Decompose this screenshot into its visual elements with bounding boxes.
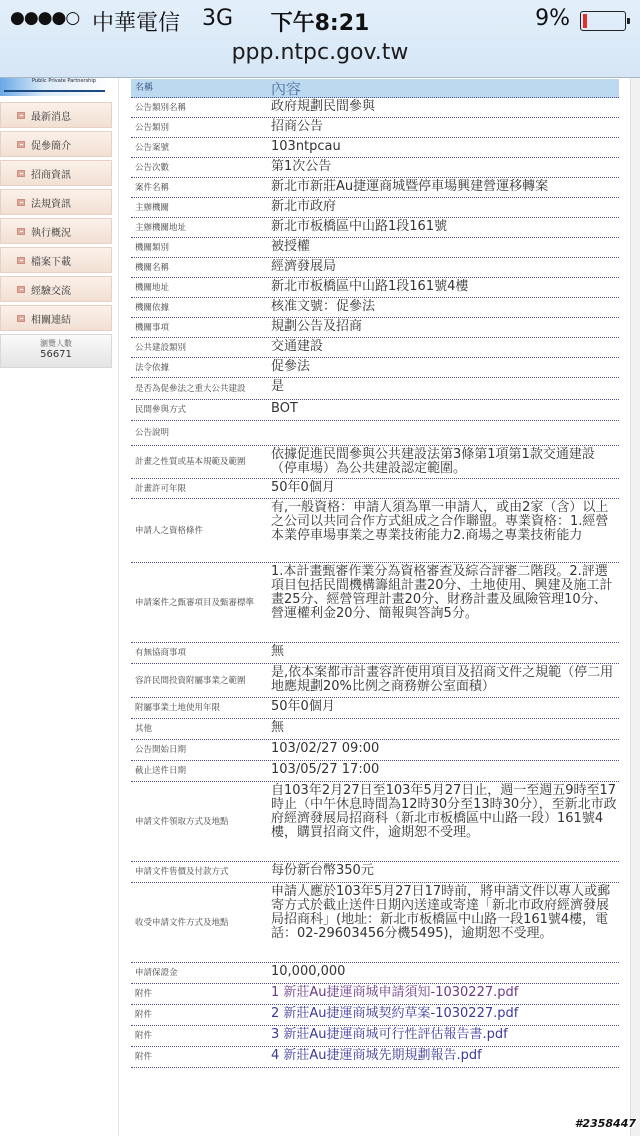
announcement-detail-table: 名稱 內容 公告類別名稱政府規劃民間參與公告類別招商公告公告案號103ntpca… <box>131 79 619 1068</box>
row-label: 公告類別名稱 <box>131 98 271 117</box>
sidebar-nav: 最新消息 促參簡介 招商資訊 法規資訊 執行概況 檔案下載 經驗交流 相關連結 … <box>0 102 112 368</box>
table-row: 公告說明 <box>131 421 619 446</box>
row-label: 附件 <box>131 1005 271 1025</box>
table-row: 公告開始日期103/02/27 09:00 <box>131 740 619 761</box>
table-row: 截止送件日期103/05/27 17:00 <box>131 761 619 782</box>
table-row: 公告次數第1次公告 <box>131 158 619 178</box>
row-label: 申請人之資格條件 <box>131 499 271 562</box>
bullet-icon <box>17 199 25 206</box>
bullet-icon <box>17 228 25 235</box>
row-value: 10,000,000 <box>271 963 619 983</box>
sidebar-item-label: 最新消息 <box>31 108 71 123</box>
row-value: 新北市政府 <box>271 198 619 217</box>
row-label: 案件名稱 <box>131 178 271 197</box>
row-label: 截止送件日期 <box>131 761 271 781</box>
row-value <box>271 421 619 445</box>
sidebar-item-downloads[interactable]: 檔案下載 <box>0 247 112 273</box>
watermark: #2358447 <box>575 1117 636 1130</box>
bullet-icon <box>17 257 25 264</box>
sidebar-item-label: 招商資訊 <box>31 166 71 181</box>
status-bar: ●●●●○ 中華電信 3G 下午8:21 9% <box>10 6 630 36</box>
row-label: 容許民間投資附屬事業之範圍 <box>131 664 271 697</box>
row-value: 招商公告 <box>271 118 619 137</box>
table-row: 主辦機關地址新北市板橋區中山路1段161號 <box>131 218 619 238</box>
row-value: 50年0個月 <box>271 479 619 498</box>
header-name: 名稱 <box>131 83 271 93</box>
bullet-icon <box>17 286 25 293</box>
row-label: 附件 <box>131 984 271 1004</box>
row-value: 第1次公告 <box>271 158 619 177</box>
row-value: 是,依本案都市計畫容許使用項目及招商文件之規範（停二用地應規劃20%比例之商務辦… <box>271 664 619 697</box>
row-label: 計畫許可年限 <box>131 479 271 498</box>
row-value: 無 <box>271 719 619 739</box>
sidebar-item-latest-news[interactable]: 最新消息 <box>0 102 112 128</box>
row-value: 103/05/27 17:00 <box>271 761 619 781</box>
table-row: 申請保證金10,000,000 <box>131 963 619 984</box>
row-label: 機關名稱 <box>131 258 271 277</box>
visitor-counter: 瀏覽人數 56671 <box>0 334 112 368</box>
attachment-row: 附件2 新莊Au捷運商城契約草案-1030227.pdf <box>131 1005 619 1026</box>
row-label: 有無協商事項 <box>131 643 271 663</box>
table-row: 申請文件售價及付款方式每份新台幣350元 <box>131 862 619 883</box>
header-content: 內容 <box>271 80 619 97</box>
table-row: 是否為促參法之重大公共建設是 <box>131 378 619 400</box>
table-row: 計畫之性質或基本規範及範圍依據促進民間參與公共建設法第3條第1項第1款交通建設（… <box>131 446 619 479</box>
table-row: 案件名稱新北市新莊Au捷運商城暨停車場興建營運移轉案 <box>131 178 619 198</box>
row-value: 是 <box>271 378 619 399</box>
bullet-icon <box>17 315 25 322</box>
table-row: 公共建設類別交通建設 <box>131 338 619 358</box>
row-value: 有,一般資格：申請人須為單一申請人，或由2家（含）以上之公司以共同合作方式組成之… <box>271 499 619 562</box>
row-label: 主辦機關地址 <box>131 218 271 237</box>
logo-text: Public Private Partnership <box>32 79 96 84</box>
row-label: 其他 <box>131 719 271 739</box>
row-value: 規劃公告及招商 <box>271 318 619 337</box>
table-row: 申請案件之甄審項目及甄審標準1.本計畫甄審作業分為資格審查及綜合評審二階段。2.… <box>131 563 619 643</box>
sidebar-item-ppp-intro[interactable]: 促參簡介 <box>0 131 112 157</box>
sidebar-item-experience-exchange[interactable]: 經驗交流 <box>0 276 112 302</box>
table-row: 其他無 <box>131 719 619 740</box>
row-label: 申請案件之甄審項目及甄審標準 <box>131 563 271 642</box>
row-value: 核准文號：促參法 <box>271 298 619 317</box>
row-value: BOT <box>271 400 619 420</box>
row-label: 主辦機關 <box>131 198 271 217</box>
address-bar[interactable]: ppp.ntpc.gov.tw <box>0 40 640 65</box>
row-label: 公告案號 <box>131 138 271 157</box>
row-value: 促參法 <box>271 358 619 377</box>
row-label: 公告類別 <box>131 118 271 137</box>
row-label: 公告開始日期 <box>131 740 271 760</box>
table-row: 法令依據促參法 <box>131 358 619 378</box>
row-label: 機關依據 <box>131 298 271 317</box>
table-row: 公告類別名稱政府規劃民間參與 <box>131 98 619 118</box>
row-label: 法令依據 <box>131 358 271 377</box>
table-row: 機關類別被授權 <box>131 238 619 258</box>
table-row: 計畫許可年限50年0個月 <box>131 479 619 499</box>
row-label: 申請文件售價及付款方式 <box>131 862 271 882</box>
row-value: 交通建設 <box>271 338 619 357</box>
sidebar-item-label: 法規資訊 <box>31 195 71 210</box>
battery-level <box>583 14 587 28</box>
table-row: 民間參與方式BOT <box>131 400 619 421</box>
attachment-row: 附件3 新莊Au捷運商城可行性評估報告書.pdf <box>131 1026 619 1047</box>
row-value: 經濟發展局 <box>271 258 619 277</box>
table-row: 公告類別招商公告 <box>131 118 619 138</box>
row-label: 申請文件領取方式及地點 <box>131 782 271 861</box>
table-row: 機關依據核准文號：促參法 <box>131 298 619 318</box>
row-label: 收受申請文件方式及地點 <box>131 883 271 962</box>
row-value: 無 <box>271 643 619 663</box>
row-value: 每份新台幣350元 <box>271 862 619 882</box>
table-row: 機關名稱經濟發展局 <box>131 258 619 278</box>
row-value: 新北市新莊Au捷運商城暨停車場興建營運移轉案 <box>271 178 619 197</box>
attachment-link[interactable]: 1 新莊Au捷運商城申請須知-1030227.pdf <box>271 984 619 1004</box>
sidebar-item-label: 相關連結 <box>31 311 71 326</box>
row-value: 新北市板橋區中山路1段161號4樓 <box>271 278 619 297</box>
table-row: 附屬事業土地使用年限50年0個月 <box>131 698 619 719</box>
site-logo[interactable]: Public Private Partnership <box>0 78 110 96</box>
row-label: 公告次數 <box>131 158 271 177</box>
table-row: 申請文件領取方式及地點自103年2月27日至103年5月27日止，週一至週五9時… <box>131 782 619 862</box>
table-row: 有無協商事項無 <box>131 643 619 664</box>
table-header: 名稱 內容 <box>131 79 619 98</box>
row-label: 附屬事業土地使用年限 <box>131 698 271 718</box>
row-label: 機關地址 <box>131 278 271 297</box>
visitor-counter-value: 56671 <box>1 349 111 360</box>
attachment-row: 附件4 新莊Au捷運商城先期規劃報告.pdf <box>131 1047 619 1068</box>
sidebar-item-label: 經驗交流 <box>31 282 71 297</box>
attachment-link[interactable]: 4 新莊Au捷運商城先期規劃報告.pdf <box>271 1047 619 1067</box>
sidebar-item-label: 檔案下載 <box>31 253 71 268</box>
attachment-link[interactable]: 3 新莊Au捷運商城可行性評估報告書.pdf <box>271 1026 619 1046</box>
row-label: 公共建設類別 <box>131 338 271 357</box>
row-label: 申請保證金 <box>131 963 271 983</box>
table-row: 公告案號103ntpcau <box>131 138 619 158</box>
battery-icon <box>580 11 626 31</box>
row-value: 50年0個月 <box>271 698 619 718</box>
table-row: 機關事項規劃公告及招商 <box>131 318 619 338</box>
table-row: 申請人之資格條件有,一般資格：申請人須為單一申請人，或由2家（含）以上之公司以共… <box>131 499 619 563</box>
row-label: 民間參與方式 <box>131 400 271 420</box>
row-value: 依據促進民間參與公共建設法第3條第1項第1款交通建設（停車場）為公共建設認定範圍… <box>271 446 619 478</box>
row-label: 是否為促參法之重大公共建設 <box>131 378 271 399</box>
table-row: 容許民間投資附屬事業之範圍是,依本案都市計畫容許使用項目及招商文件之規範（停二用… <box>131 664 619 698</box>
bullet-icon <box>17 112 25 119</box>
row-value: 103/02/27 09:00 <box>271 740 619 760</box>
attachment-row: 附件1 新莊Au捷運商城申請須知-1030227.pdf <box>131 984 619 1005</box>
row-value: 1.本計畫甄審作業分為資格審查及綜合評審二階段。2.評選項目包括民間機構籌組計畫… <box>271 563 619 642</box>
sidebar-item-label: 執行概況 <box>31 224 71 239</box>
table-row: 機關地址新北市板橋區中山路1段161號4樓 <box>131 278 619 298</box>
sidebar-item-execution-status[interactable]: 執行概況 <box>0 218 112 244</box>
sidebar-item-investment-info[interactable]: 招商資訊 <box>0 160 112 186</box>
row-label: 機關事項 <box>131 318 271 337</box>
sidebar-item-related-links[interactable]: 相關連結 <box>0 305 112 331</box>
ios-top-bar: ●●●●○ 中華電信 3G 下午8:21 9% ppp.ntpc.gov.tw <box>0 0 640 78</box>
bullet-icon <box>17 141 25 148</box>
row-label: 公告說明 <box>131 421 271 445</box>
row-value: 自103年2月27日至103年5月27日止，週一至週五9時至17時止（中午休息時… <box>271 782 619 861</box>
sidebar-item-label: 促參簡介 <box>31 137 71 152</box>
row-value: 申請人應於103年5月27日17時前，將申請文件以專人或郵寄方式於截止送件日期內… <box>271 883 619 962</box>
row-label: 附件 <box>131 1047 271 1067</box>
bullet-icon <box>17 170 25 177</box>
attachment-link[interactable]: 2 新莊Au捷運商城契約草案-1030227.pdf <box>271 1005 619 1025</box>
sidebar-item-regulations[interactable]: 法規資訊 <box>0 189 112 215</box>
column-divider <box>118 78 119 1136</box>
row-label: 計畫之性質或基本規範及範圍 <box>131 446 271 478</box>
table-row: 主辦機關新北市政府 <box>131 198 619 218</box>
sidebar: Public Private Partnership 最新消息 促參簡介 招商資… <box>0 78 114 378</box>
row-value: 新北市板橋區中山路1段161號 <box>271 218 619 237</box>
row-value: 103ntpcau <box>271 138 619 157</box>
row-label: 機關類別 <box>131 238 271 257</box>
table-row: 收受申請文件方式及地點申請人應於103年5月27日17時前，將申請文件以專人或郵… <box>131 883 619 963</box>
visitor-counter-label: 瀏覽人數 <box>1 338 111 349</box>
page-scrollbar[interactable] <box>630 78 640 1136</box>
row-label: 附件 <box>131 1026 271 1046</box>
row-value: 被授權 <box>271 238 619 257</box>
battery-percentage: 9% <box>535 6 570 31</box>
logo-underline <box>4 90 105 92</box>
row-value: 政府規劃民間參與 <box>271 98 619 117</box>
